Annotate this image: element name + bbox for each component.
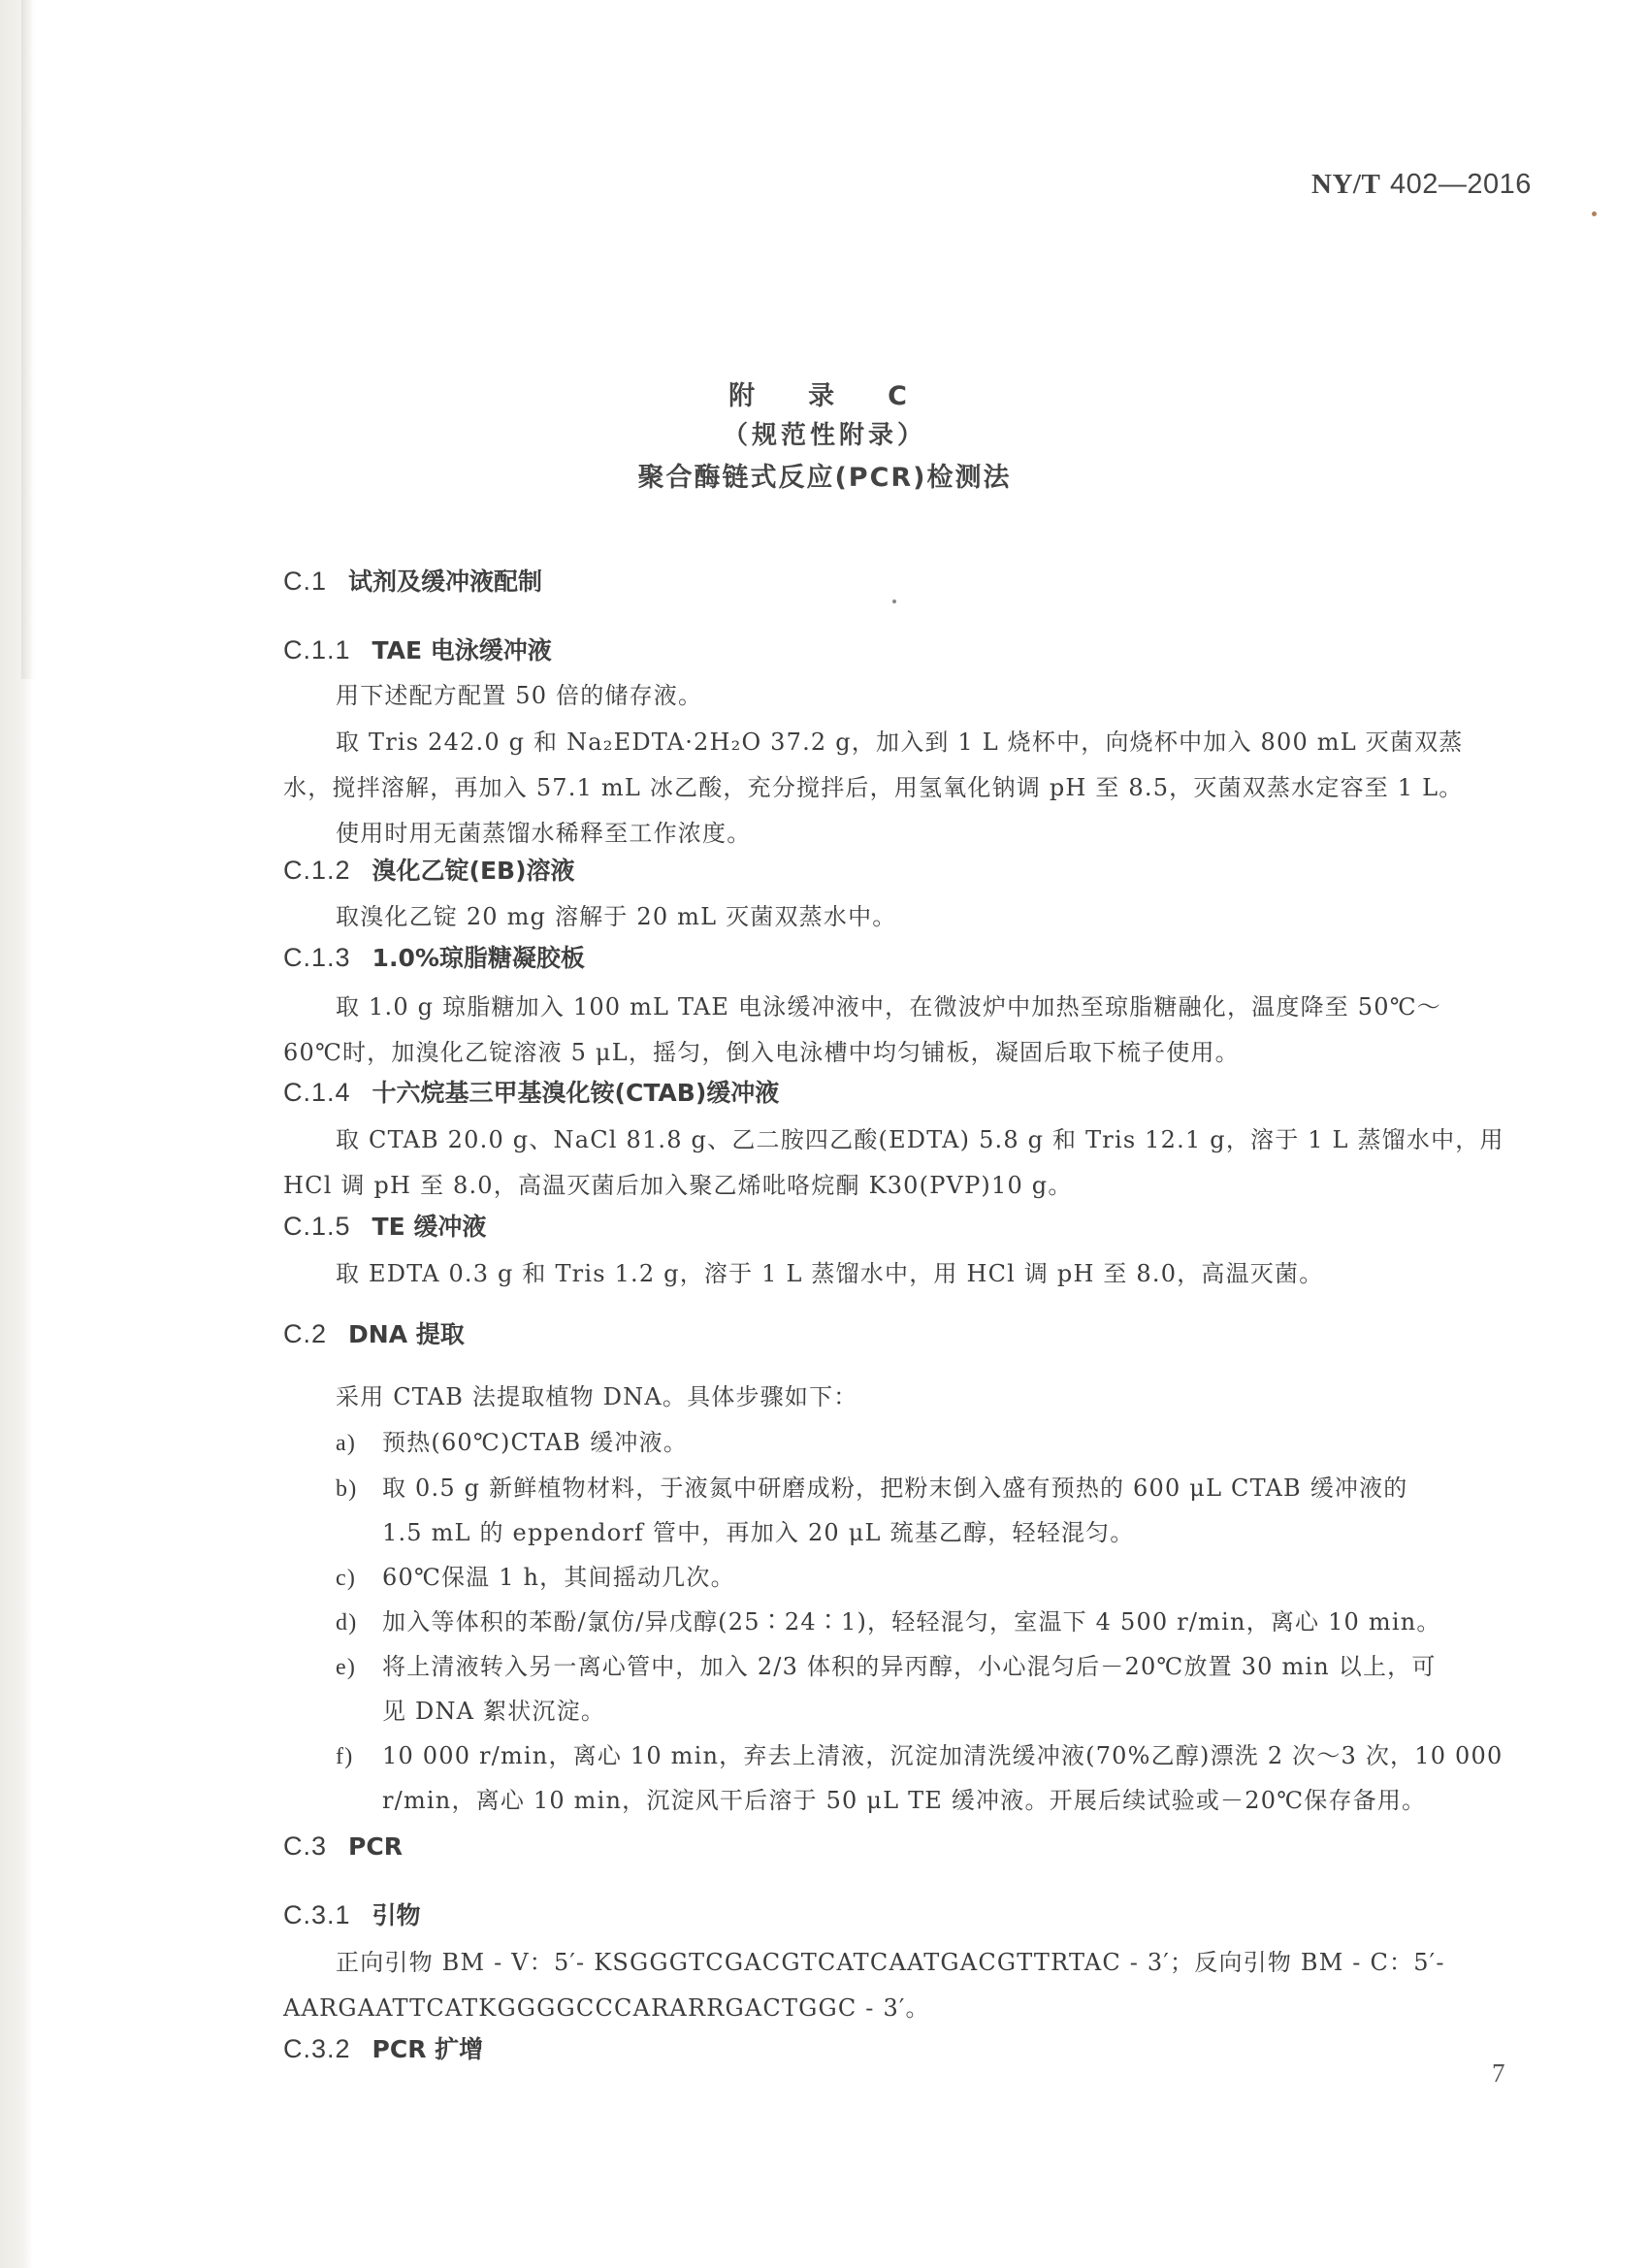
primer-sequence: 正向引物 BM - V：5′- KSGGGTCGACGTCATCAATGACGT…	[336, 1943, 1445, 1977]
list-text: 预热(60℃)CTAB 缓冲液。	[382, 1429, 688, 1456]
annex-heading: 附 录 C	[0, 374, 1649, 412]
section-number: C.1	[283, 567, 327, 596]
section-number: C.1.1	[283, 635, 351, 664]
paragraph: 取 EDTA 0.3 g 和 Tris 1.2 g，溶于 1 L 蒸馏水中，用 …	[336, 1254, 1323, 1288]
list-item-b-cont: 1.5 mL 的 eppendorf 管中，再加入 20 μL 巯基乙醇，轻轻混…	[382, 1513, 1135, 1547]
paragraph: 取 CTAB 20.0 g、NaCl 81.8 g、乙二胺四乙酸(EDTA) 5…	[336, 1120, 1504, 1154]
section-title: 1.0%琼脂糖凝胶板	[372, 944, 585, 972]
annex-title: 聚合酶链式反应(PCR)检测法	[0, 456, 1649, 494]
standard-code: NY/T 402—2016	[1311, 167, 1532, 201]
section-number: C.3	[283, 1831, 327, 1861]
list-text: 取 0.5 g 新鲜植物材料，于液氮中研磨成粉，把粉末倒入盛有预热的 600 μ…	[382, 1474, 1408, 1502]
section-title: TE 缓冲液	[372, 1213, 487, 1241]
section-heading-c1: C.1试剂及缓冲液配制	[283, 563, 542, 598]
list-text: 10 000 r/min，离心 10 min，弃去上清液，沉淀加清洗缓冲液(70…	[382, 1742, 1503, 1769]
list-item-a: a)预热(60℃)CTAB 缓冲液。	[336, 1423, 688, 1457]
paragraph: 取 Tris 242.0 g 和 Na₂EDTA·2H₂O 37.2 g，加入到…	[336, 723, 1463, 757]
list-label: c)	[336, 1566, 382, 1592]
list-item-d: d)加入等体积的苯酚/氯仿/异戊醇(25∶24∶1)，轻轻混匀，室温下 4 50…	[336, 1603, 1441, 1636]
section-title: 引物	[372, 1901, 421, 1929]
list-item-b: b)取 0.5 g 新鲜植物材料，于液氮中研磨成粉，把粉末倒入盛有预热的 600…	[336, 1469, 1408, 1503]
list-label: e)	[336, 1655, 382, 1681]
paragraph: 使用时用无菌蒸馏水稀释至工作浓度。	[336, 814, 751, 848]
list-item-e-cont: 见 DNA 絮状沉淀。	[382, 1692, 605, 1726]
standard-prefix: NY/T	[1311, 169, 1380, 200]
list-label: f)	[336, 1744, 382, 1770]
section-number: C.1.3	[283, 943, 351, 972]
page-number: 7	[1492, 2058, 1505, 2089]
list-label: b)	[336, 1476, 382, 1503]
section-title: PCR	[348, 1832, 403, 1861]
section-number: C.2	[283, 1319, 327, 1348]
section-heading-c2: C.2DNA 提取	[283, 1315, 465, 1350]
list-text: 60℃保温 1 h，其间摇动几次。	[382, 1564, 735, 1591]
section-number: C.1.4	[283, 1078, 351, 1107]
paragraph: 水，搅拌溶解，再加入 57.1 mL 冰乙酸，充分搅拌后，用氢氧化钠调 pH 至…	[283, 768, 1463, 802]
section-heading-c1-5: C.1.5TE 缓冲液	[283, 1208, 486, 1243]
paragraph: 60℃时，加溴化乙锭溶液 5 μL，摇匀，倒入电泳槽中均匀铺板，凝固后取下梳子使…	[283, 1033, 1240, 1067]
list-text: 将上清液转入另一离心管中，加入 2/3 体积的异丙醇，小心混匀后－20℃放置 3…	[382, 1653, 1437, 1680]
annex-type: （规范性附录）	[0, 415, 1649, 451]
standard-number: 402—2016	[1390, 169, 1532, 200]
paragraph: 采用 CTAB 法提取植物 DNA。具体步骤如下：	[336, 1377, 858, 1411]
section-heading-c1-1: C.1.1TAE 电泳缓冲液	[283, 632, 552, 666]
list-text: 加入等体积的苯酚/氯仿/异戊醇(25∶24∶1)，轻轻混匀，室温下 4 500 …	[382, 1608, 1441, 1636]
list-item-e: e)将上清液转入另一离心管中，加入 2/3 体积的异丙醇，小心混匀后－20℃放置…	[336, 1647, 1437, 1681]
scan-speck	[1592, 211, 1597, 216]
list-label: a)	[336, 1431, 382, 1457]
paragraph: 取 1.0 g 琼脂糖加入 100 mL TAE 电泳缓冲液中，在微波炉中加热至…	[336, 988, 1441, 1021]
section-title: DNA 提取	[348, 1320, 465, 1348]
list-item-c: c)60℃保温 1 h，其间摇动几次。	[336, 1558, 735, 1592]
section-title: 溴化乙锭(EB)溶液	[372, 857, 575, 885]
section-heading-c3: C.3PCR	[283, 1831, 403, 1862]
section-title: 十六烷基三甲基溴化铵(CTAB)缓冲液	[372, 1079, 780, 1107]
scan-speck	[892, 599, 896, 603]
section-number: C.3.1	[283, 1900, 351, 1929]
section-number: C.3.2	[283, 2034, 351, 2063]
section-number: C.1.2	[283, 856, 351, 885]
primer-sequence-cont: AARGAATTCATKGGGGCCCARARRGACTGGC - 3′。	[283, 1989, 930, 2023]
paragraph: 用下述配方配置 50 倍的储存液。	[336, 676, 702, 710]
section-title: TAE 电泳缓冲液	[372, 636, 552, 664]
section-title: 试剂及缓冲液配制	[348, 567, 542, 596]
section-heading-c3-1: C.3.1引物	[283, 1896, 421, 1931]
list-item-f: f)10 000 r/min，离心 10 min，弃去上清液，沉淀加清洗缓冲液(…	[336, 1736, 1503, 1770]
section-heading-c1-4: C.1.4十六烷基三甲基溴化铵(CTAB)缓冲液	[283, 1074, 779, 1109]
paragraph: HCl 调 pH 至 8.0，高温灭菌后加入聚乙烯吡咯烷酮 K30(PVP)10…	[283, 1166, 1073, 1200]
section-title: PCR 扩增	[372, 2035, 484, 2063]
section-heading-c1-3: C.1.31.0%琼脂糖凝胶板	[283, 939, 585, 974]
list-item-f-cont: r/min，离心 10 min，沉淀风干后溶于 50 μL TE 缓冲液。开展后…	[382, 1781, 1426, 1815]
section-heading-c1-2: C.1.2溴化乙锭(EB)溶液	[283, 852, 575, 887]
section-number: C.1.5	[283, 1212, 351, 1241]
scan-fold-shadow	[21, 0, 35, 679]
section-heading-c3-2: C.3.2PCR 扩增	[283, 2030, 483, 2065]
paragraph: 取溴化乙锭 20 mg 溶解于 20 mL 灭菌双蒸水中。	[336, 897, 896, 931]
list-label: d)	[336, 1610, 382, 1636]
